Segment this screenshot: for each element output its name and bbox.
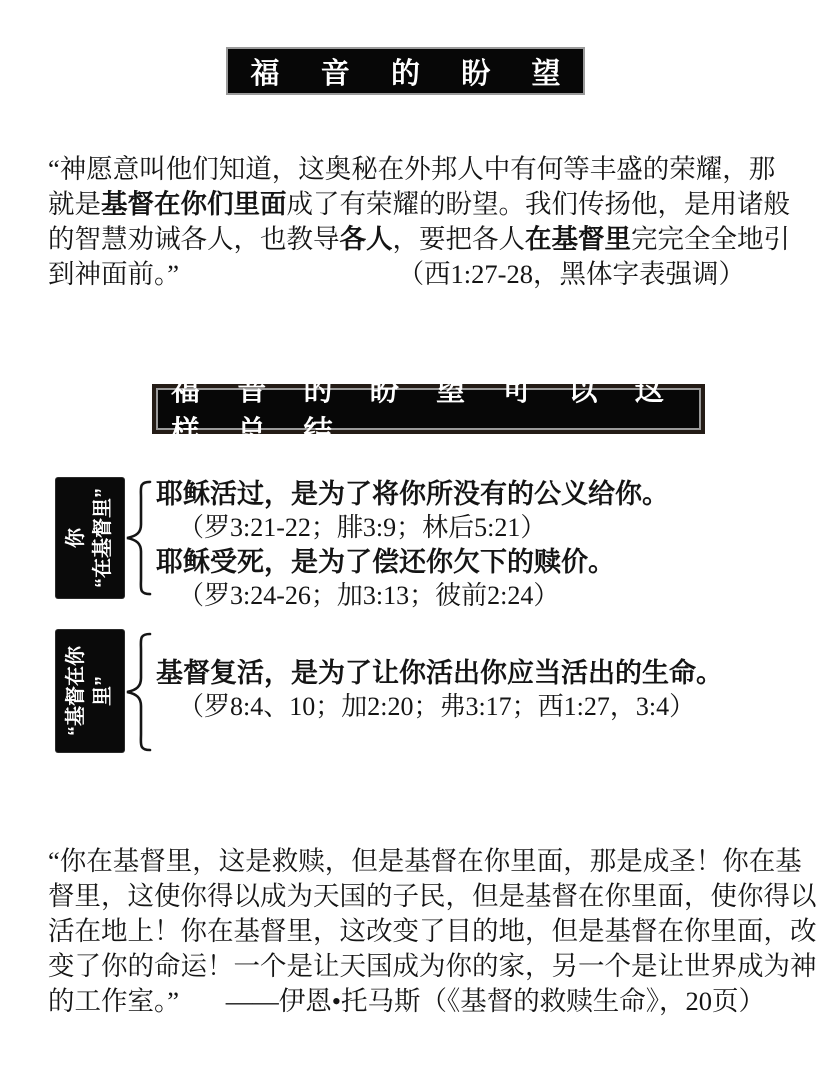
emphasis-segment: 各人	[340, 224, 393, 254]
vertical-label-line: 你	[63, 478, 90, 598]
item-reference: （罗8:4、10；加2:20；弗3:17；西1:27，3:4）	[156, 690, 776, 724]
quote-line: 的智慧劝诫各人，也教导各人，要把各人在基督里完完全全地引	[48, 222, 775, 257]
vertical-label-line: 里”	[90, 631, 117, 751]
item-heading: 耶稣受死，是为了偿还你欠下的赎价。	[156, 545, 776, 579]
text-segment: 就是	[48, 189, 101, 219]
quote-line: “神愿意叫他们知道，这奥秘在外邦人中有何等丰盛的荣耀，那	[48, 152, 775, 187]
vertical-label-text: “基督在你 里”	[63, 631, 117, 751]
quote-line: 到神面前。” （西1:27-28，黑体字表强调）	[48, 257, 775, 292]
summary-banner: 福 音 的 盼 望 可 以 这 样 总 结	[152, 384, 705, 434]
quote-line: 活在地上！你在基督里，这改变了目的地，但是基督在你里面，改	[48, 914, 775, 949]
emphasis-segment: 基督在你们里面	[101, 189, 287, 219]
item-heading: 基督复活，是为了让你活出你应当活出的生命。	[156, 656, 776, 690]
closing-quote: “你在基督里，这是救赎，但是基督在你里面，那是成圣！你在基 督里，这使你得以成为…	[48, 844, 775, 1019]
vertical-label-line: “基督在你	[63, 631, 90, 751]
quote-line: 变了你的命运！一个是让天国成为你的家，另一个是让世界成为神	[48, 949, 775, 984]
text-segment: 的智慧劝诫各人，也教导	[48, 224, 340, 254]
text-segment: ，要把各人	[393, 224, 526, 254]
scripture-quote: “神愿意叫他们知道，这奥秘在外邦人中有何等丰盛的荣耀，那 就是基督在你们里面成了…	[48, 152, 775, 292]
quote-line: 督里，这使你得以成为天国的子民，但是基督在你里面，使你得以	[48, 879, 775, 914]
emphasis-segment: 在基督里	[525, 224, 631, 254]
quote-line-end: 的工作室。”	[48, 984, 179, 1019]
text-segment: 成了有荣耀的盼望。我们传扬他，是用诸般	[287, 189, 791, 219]
summary-section-christ-in-you: 基督复活，是为了让你活出你应当活出的生命。 （罗8:4、10；加2:20；弗3:…	[156, 656, 776, 724]
curly-brace-icon	[124, 480, 152, 596]
document-page: 福 音 的 盼 望 “神愿意叫他们知道，这奥秘在外邦人中有何等丰盛的荣耀，那 就…	[0, 0, 817, 1074]
quote-line-end: 到神面前。”	[48, 257, 179, 292]
text-segment: 完完全全地引	[631, 224, 790, 254]
curly-brace-icon	[124, 632, 152, 752]
quote-line: “你在基督里，这是救赎，但是基督在你里面，那是成圣！你在基	[48, 844, 775, 879]
quote-line: 就是基督在你们里面成了有荣耀的盼望。我们传扬他，是用诸般	[48, 187, 775, 222]
gospel-hope-banner-title: 福 音 的 盼 望	[250, 51, 577, 92]
text-segment: “神愿意叫他们知道，这奥秘在外邦人中有何等丰盛的荣耀，那	[48, 154, 775, 184]
summary-section-you-in-christ: 耶稣活过，是为了将你所没有的公义给你。 （罗3:21-22；腓3:9；林后5:2…	[156, 477, 776, 613]
vertical-label-line: “在基督里”	[90, 478, 117, 598]
summary-banner-title: 福 音 的 盼 望 可 以 这 样 总 结	[171, 368, 701, 450]
vertical-label-christ-in-you: “基督在你 里”	[56, 630, 124, 752]
vertical-label-text: 你 “在基督里”	[63, 478, 117, 598]
item-reference: （罗3:24-26；加3:13；彼前2:24）	[156, 579, 776, 613]
item-reference: （罗3:21-22；腓3:9；林后5:21）	[156, 511, 776, 545]
gospel-hope-banner: 福 音 的 盼 望	[228, 49, 583, 93]
scripture-citation: （西1:27-28，黑体字表强调）	[398, 257, 775, 292]
item-heading: 耶稣活过，是为了将你所没有的公义给你。	[156, 477, 776, 511]
vertical-label-you-in-christ: 你 “在基督里”	[56, 478, 124, 598]
quote-line: 的工作室。” ——伊恩•托马斯（《基督的救赎生命》，20页）	[48, 984, 775, 1019]
quote-attribution: ——伊恩•托马斯（《基督的救赎生命》，20页）	[226, 984, 775, 1019]
